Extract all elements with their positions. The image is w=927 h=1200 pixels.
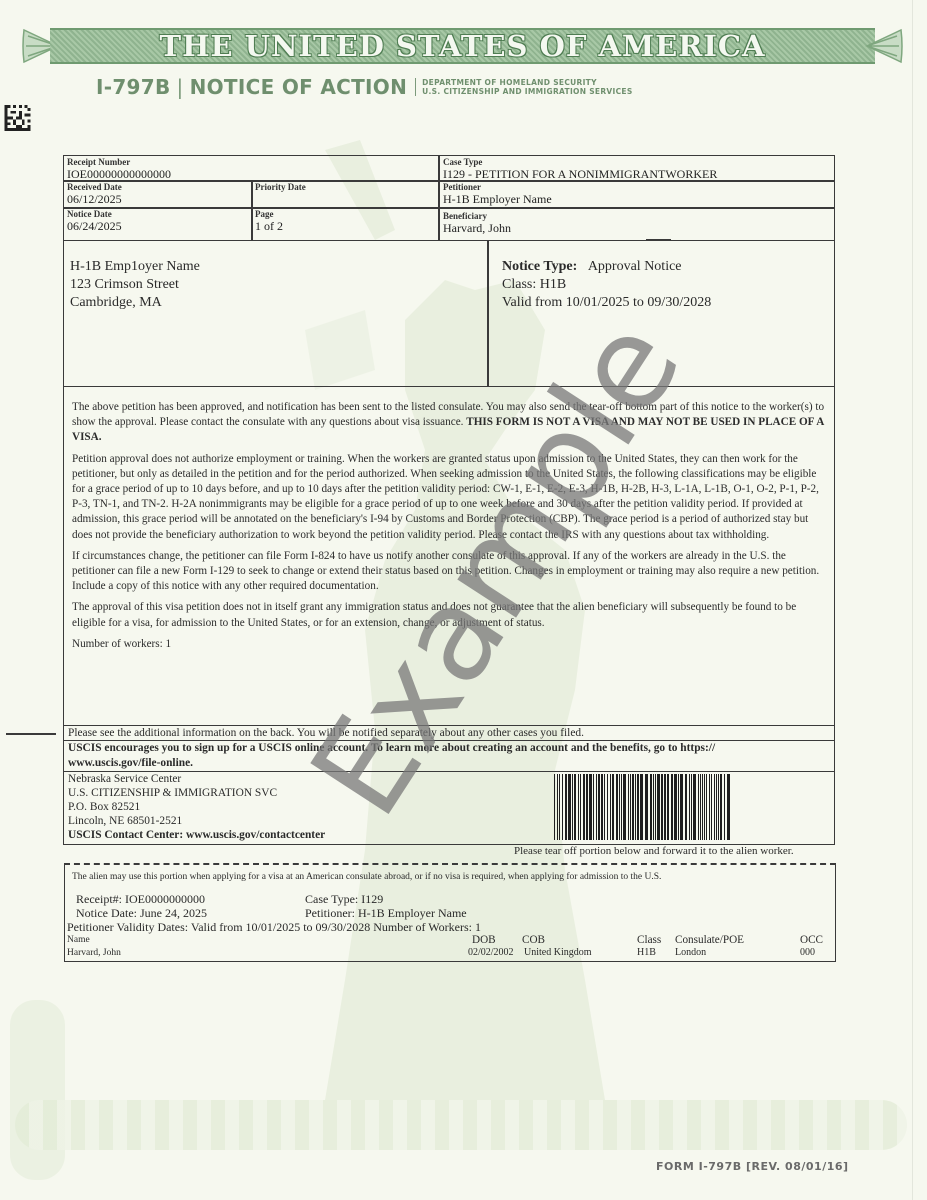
stub-case-type: Case Type: I129 [305, 892, 383, 907]
field-label: Receipt Number [67, 157, 171, 167]
ornament-background [10, 1000, 65, 1180]
beneficiary-consulate: London [675, 947, 706, 958]
column-header-cob: COB [522, 934, 545, 946]
notice-type-line: Notice Type: Approval Notice [502, 258, 711, 276]
tear-off-instruction: Please tear off portion below and forwar… [514, 845, 794, 857]
mailing-address: H-1B Emp1oyer Name 123 Crimson Street Ca… [70, 258, 200, 312]
address-line: 123 Crimson Street [70, 276, 200, 294]
beneficiary-occ: 000 [800, 947, 815, 958]
column-header-dob: DOB [472, 934, 496, 946]
priority-date-field: Priority Date [252, 182, 309, 192]
paragraph-circumstances: If circumstances change, the petitioner … [72, 549, 830, 595]
stub-intro: The alien may use this portion when appl… [72, 872, 661, 882]
column-header-class: Class [637, 934, 661, 946]
service-center-line: Nebraska Service Center [68, 773, 181, 786]
address-line: H-1B Emp1oyer Name [70, 258, 200, 276]
banner-title: THE UNITED STATES OF AMERICA [60, 28, 865, 64]
paragraph-employment: Petition approval does not authorize emp… [72, 452, 830, 543]
fold-mark [6, 733, 56, 735]
datamatrix-code-icon [4, 105, 31, 131]
notice-date-field: Notice Date 06/24/2025 [64, 209, 125, 233]
form-revision: FORM I-797B [REV. 08/01/16] [656, 1160, 849, 1173]
field-value: IOE00000000000000 [67, 167, 171, 181]
service-center-line: Lincoln, NE 68501-2521 [68, 815, 182, 828]
field-label: Petitioner [443, 182, 552, 192]
field-label: Priority Date [255, 182, 306, 192]
field-label: Page [255, 209, 283, 219]
case-type-field: Case Type I129 - PETITION FOR A NONIMMIG… [440, 157, 720, 181]
beneficiary-name: Harvard, John [67, 948, 121, 958]
service-center-line: U.S. CITIZENSHIP & IMMIGRATION SVC [68, 787, 277, 800]
column-header-consulate: Consulate/POE [675, 934, 744, 946]
field-value: I129 - PETITION FOR A NONIMMIGRANTWORKER [443, 167, 717, 181]
box-divider [487, 240, 489, 387]
paragraph-status: The approval of this visa petition does … [72, 600, 830, 630]
additional-info-text: Please see the additional information on… [68, 727, 584, 740]
page-edge [912, 0, 913, 1200]
notice-type-label: Notice Type: [502, 259, 577, 274]
beneficiary-class: H1B [637, 947, 656, 958]
field-value: Harvard, John [443, 221, 511, 235]
paragraph-approval: The above petition has been approved, an… [72, 400, 830, 446]
page-field: Page 1 of 2 [252, 209, 286, 233]
receipt-number-field: Receipt Number IOE00000000000000 [64, 157, 174, 181]
field-value: H-1B Employer Name [443, 192, 552, 206]
field-value: 06/12/2025 [67, 192, 122, 206]
agency-name: DEPARTMENT OF HOMELAND SECURITY U.S. CIT… [415, 78, 632, 96]
number-of-workers: Number of workers: 1 [72, 637, 830, 652]
address-line: Cambridge, MA [70, 294, 200, 312]
received-date-field: Received Date 06/12/2025 [64, 182, 125, 206]
form-title: NOTICE OF ACTION [190, 75, 408, 99]
agency-line-1: DEPARTMENT OF HOMELAND SECURITY [422, 78, 632, 87]
guilloche-band [15, 1100, 907, 1150]
separator: | [177, 75, 184, 99]
form-heading: I-797B|NOTICE OF ACTION DEPARTMENT OF HO… [96, 74, 633, 100]
field-label: Case Type [443, 157, 717, 167]
body-text: The above petition has been approved, an… [72, 400, 830, 658]
barcode-icon [554, 774, 730, 840]
field-value: 06/24/2025 [67, 219, 122, 233]
stub-validity: Petitioner Validity Dates: Valid from 10… [67, 920, 481, 935]
fan-ornament-icon [865, 24, 905, 68]
grid-divider [63, 207, 835, 209]
field-value: 1 of 2 [255, 219, 283, 233]
field-label: Received Date [67, 182, 122, 192]
petitioner-field: Petitioner H-1B Employer Name [440, 182, 555, 206]
online-account-text: USCIS encourages you to sign up for a US… [68, 742, 715, 755]
beneficiary-field: Beneficiary Harvard, John [440, 211, 514, 235]
class-line: Class: H1B [502, 276, 711, 294]
form-heading-text: I-797B|NOTICE OF ACTION [96, 75, 407, 99]
contact-center-link[interactable]: USCIS Contact Center: www.uscis.gov/cont… [68, 829, 325, 842]
stub-notice-date: Notice Date: June 24, 2025 [76, 906, 207, 921]
validity-line: Valid from 10/01/2025 to 09/30/2028 [502, 294, 711, 312]
header-banner: THE UNITED STATES OF AMERICA [20, 24, 905, 68]
field-label: Beneficiary [443, 211, 511, 221]
stub-receipt: Receipt#: IOE0000000000 [76, 892, 205, 907]
notice-info: Notice Type: Approval Notice Class: H1B … [502, 258, 711, 312]
field-label: Notice Date [67, 209, 122, 219]
beneficiary-cob: United Kingdom [524, 947, 592, 958]
notice-type-value: Approval Notice [588, 259, 682, 274]
service-center-line: P.O. Box 82521 [68, 801, 140, 814]
form-number: I-797B [96, 75, 171, 99]
stub-petitioner: Petitioner: H-1B Employer Name [305, 906, 467, 921]
file-online-link[interactable]: www.uscis.gov/file-online. [68, 757, 193, 770]
column-header-occ: OCC [800, 934, 823, 946]
agency-line-2: U.S. CITIZENSHIP AND IMMIGRATION SERVICE… [422, 87, 632, 96]
beneficiary-dob: 02/02/2002 [468, 947, 514, 958]
column-header-name: Name [67, 935, 90, 945]
